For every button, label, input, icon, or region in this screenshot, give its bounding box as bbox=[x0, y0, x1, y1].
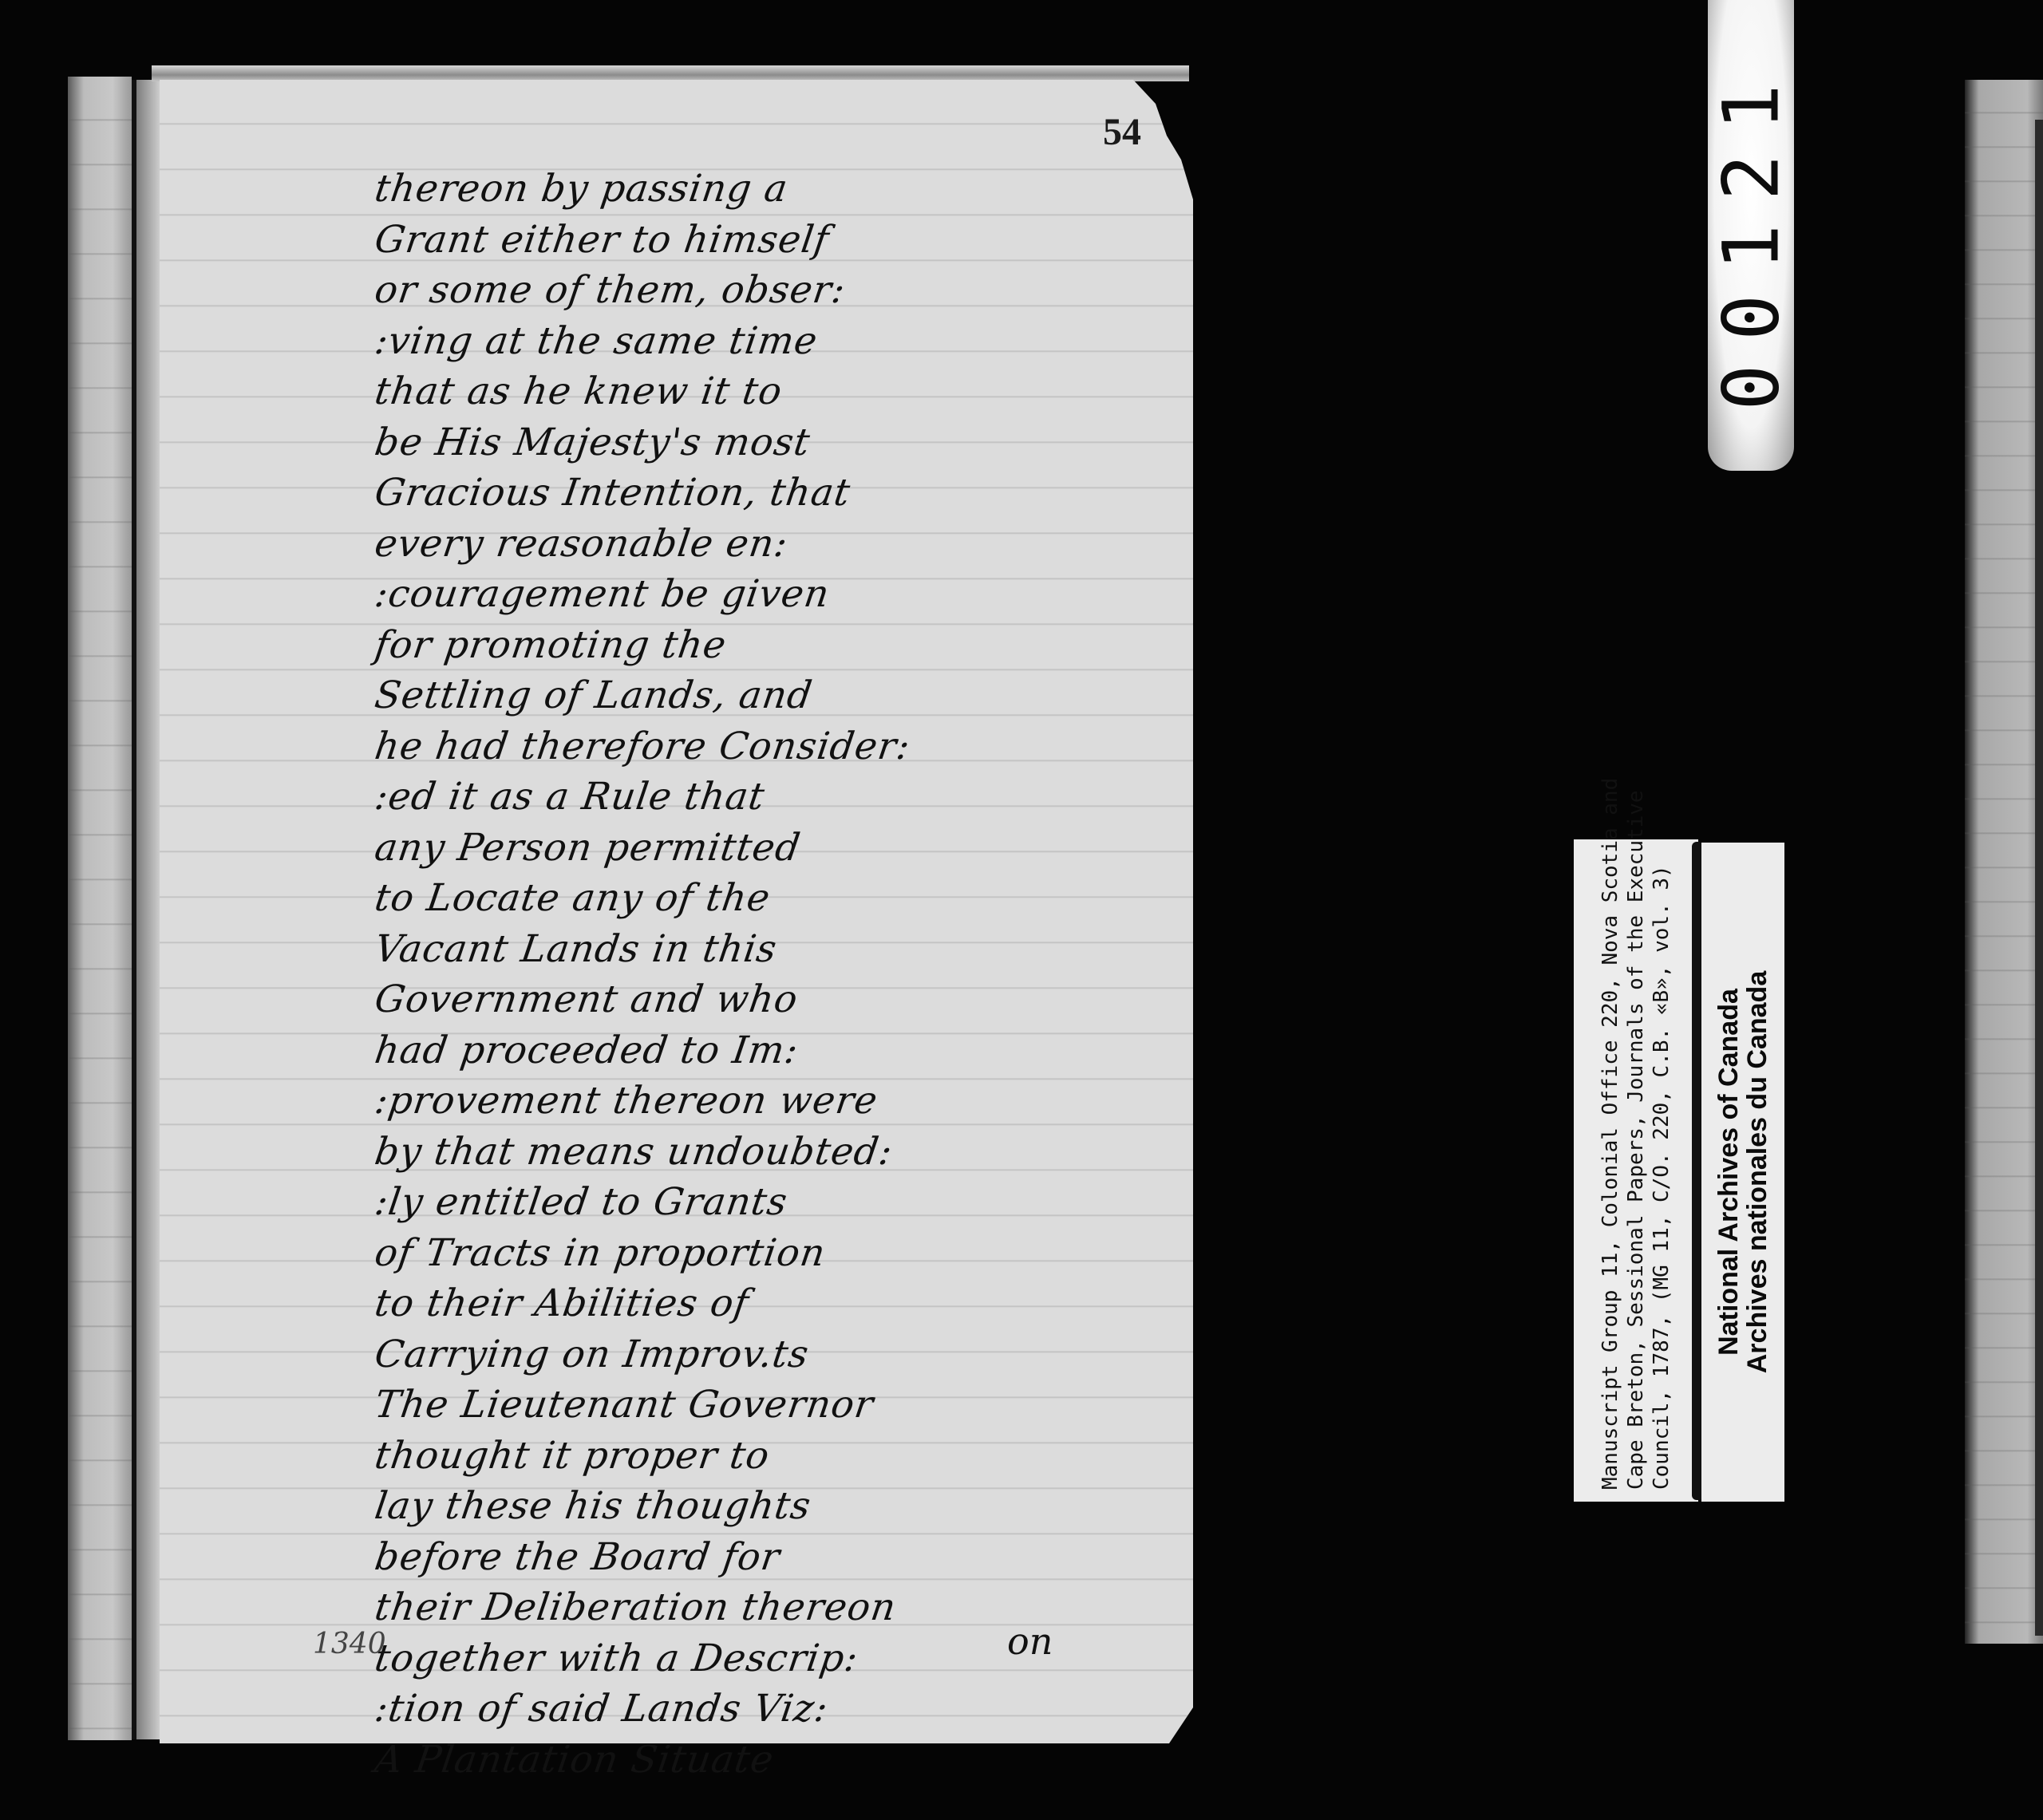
handwritten-line: any Person permitted bbox=[372, 823, 1185, 874]
binding-shadow bbox=[136, 80, 160, 1739]
label-line: Manuscript Group 11, Colonial Office 220… bbox=[1598, 851, 1623, 1490]
handwritten-line: for promoting the bbox=[372, 620, 1185, 671]
handwritten-line: :ly entitled to Grants bbox=[372, 1177, 1185, 1228]
handwritten-line: together with a Descrip: bbox=[372, 1633, 1185, 1684]
archive-name-fr: Archives nationales du Canada bbox=[1743, 853, 1772, 1491]
handwritten-line: Settling of Lands, and bbox=[372, 670, 1185, 721]
handwritten-line: Government and who bbox=[372, 974, 1185, 1025]
handwritten-line: had proceeded to Im: bbox=[372, 1025, 1185, 1076]
right-adjoining-page bbox=[1965, 80, 2043, 1644]
handwritten-line: :ed it as a Rule that bbox=[372, 772, 1185, 823]
handwritten-line: to their Abilities of bbox=[372, 1278, 1185, 1329]
page-stack-top-edge bbox=[152, 65, 1189, 81]
archive-name-en: National Archives of Canada bbox=[1714, 853, 1743, 1491]
handwritten-line: :tion of said Lands Viz: bbox=[372, 1684, 1185, 1735]
handwritten-line: :couragement be given bbox=[372, 569, 1185, 620]
margin-folio-note: 1340 bbox=[313, 1628, 386, 1660]
handwritten-line: lay these his thoughts bbox=[372, 1481, 1185, 1532]
handwritten-line: thought it proper to bbox=[372, 1431, 1185, 1482]
handwritten-line: or some of them, obser: bbox=[372, 265, 1185, 316]
frame-counter: 00121 bbox=[1708, 0, 1794, 471]
label-line: Council, 1787, (MG 11, C/O. 220, C.B. «B… bbox=[1649, 851, 1674, 1490]
handwritten-line: :ving at the same time bbox=[372, 316, 1185, 367]
handwritten-line: by that means undoubted: bbox=[372, 1127, 1185, 1178]
handwritten-line: that as he knew it to bbox=[372, 366, 1185, 417]
handwritten-line: Vacant Lands in this bbox=[372, 924, 1185, 975]
handwritten-line: to Locate any of the bbox=[372, 873, 1185, 924]
handwritten-text-block: thereon by passing a Grant either to him… bbox=[375, 164, 1181, 1785]
archive-label-text: National Archives of Canada Archives nat… bbox=[1701, 843, 1784, 1502]
handwritten-line: Carrying on Improv.ts bbox=[372, 1329, 1185, 1380]
handwritten-line: he had therefore Consider: bbox=[372, 721, 1185, 772]
handwritten-line: Gracious Intention, that bbox=[372, 468, 1185, 519]
handwritten-line: thereon by passing a bbox=[372, 164, 1185, 215]
handwritten-line: their Deliberation thereon bbox=[372, 1582, 1185, 1633]
handwritten-line: of Tracts in proportion bbox=[372, 1228, 1185, 1279]
handwritten-line: A Plantation Situate bbox=[372, 1735, 1185, 1786]
handwritten-line: be His Majesty's most bbox=[372, 417, 1185, 468]
page-number: 54 bbox=[1103, 110, 1141, 154]
handwritten-line: The Lieutenant Governor bbox=[372, 1380, 1185, 1431]
handwritten-line: every reasonable en: bbox=[372, 519, 1185, 570]
handwritten-line: before the Board for bbox=[372, 1532, 1185, 1583]
collection-label-text: Manuscript Group 11, Colonial Office 220… bbox=[1574, 839, 1698, 1502]
handwritten-line: :provement thereon were bbox=[372, 1076, 1185, 1127]
right-book-binding bbox=[2035, 120, 2043, 1636]
handwritten-line: Grant either to himself bbox=[372, 215, 1185, 266]
left-adjoining-page bbox=[68, 77, 132, 1740]
label-line: Cape Breton, Sessional Papers, Journals … bbox=[1623, 851, 1649, 1490]
frame-counter-digits: 00121 bbox=[1706, 61, 1796, 411]
catchword: on bbox=[1007, 1620, 1053, 1663]
